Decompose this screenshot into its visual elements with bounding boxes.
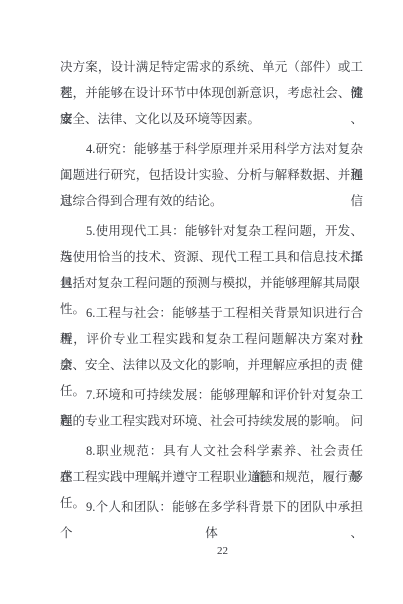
text-line: 析，评价专业工程实践和复杂工程问题解决方案对社会、健 — [60, 326, 363, 352]
text-line: 8.职业规范：具有人文社会科学素养、社会责任感，能够 — [60, 438, 363, 464]
paragraph-7-environment-sustainability: 7.环境和可持续发展：能够理解和评价针对复杂工程问 题的专业工程实践对环境、社会… — [60, 382, 363, 434]
text-line: 康、安全、法律以及文化的影响，并理解应承担的责任。 — [60, 352, 363, 378]
text-line: 7.环境和可持续发展：能够理解和评价针对复杂工程问 — [60, 382, 363, 408]
text-line: 4.研究：能够基于科学原理并采用科学方法对复杂工程 — [60, 136, 363, 162]
document-body: 决方案，设计满足特定需求的系统、单元（部件）或工艺流 程，并能够在设计环节中体现… — [60, 54, 363, 520]
paragraph-5-modern-tools: 5.使用现代工具：能够针对复杂工程问题，开发、选择 与使用恰当的技术、资源、现代… — [60, 218, 363, 296]
text-line: 决方案，设计满足特定需求的系统、单元（部件）或工艺流 — [60, 54, 363, 80]
text-line: 包括对复杂工程问题的预测与模拟，并能够理解其局限性。 — [60, 270, 363, 296]
paragraph-4-research: 4.研究：能够基于科学原理并采用科学方法对复杂工程 问题进行研究，包括设计实验、… — [60, 136, 363, 214]
text-line: 问题进行研究，包括设计实验、分析与解释数据、并通过信 — [60, 162, 363, 188]
text-line: 题的专业工程实践对环境、社会可持续发展的影响。 — [60, 408, 363, 434]
paragraph-9-individual-and-team: 9.个人和团队：能够在多学科背景下的团队中承担个体、 — [60, 494, 363, 520]
paragraph-design-solution-continuation: 决方案，设计满足特定需求的系统、单元（部件）或工艺流 程，并能够在设计环节中体现… — [60, 54, 363, 132]
text-line: 程，并能够在设计环节中体现创新意识，考虑社会、健康、 — [60, 80, 363, 106]
text-line: 与使用恰当的技术、资源、现代工程工具和信息技术工具， — [60, 244, 363, 270]
document-page: 决方案，设计满足特定需求的系统、单元（部件）或工艺流 程，并能够在设计环节中体现… — [0, 0, 403, 604]
paragraph-8-professional-norms: 8.职业规范：具有人文社会科学素养、社会责任感，能够 在工程实践中理解并遵守工程… — [60, 438, 363, 490]
text-line: 在工程实践中理解并遵守工程职业道德和规范，履行责任。 — [60, 464, 363, 490]
text-line: 9.个人和团队：能够在多学科背景下的团队中承担个体、 — [60, 494, 363, 520]
text-line: 6.工程与社会：能够基于工程相关背景知识进行合理分 — [60, 300, 363, 326]
text-line: 5.使用现代工具：能够针对复杂工程问题，开发、选择 — [60, 218, 363, 244]
paragraph-6-engineering-and-society: 6.工程与社会：能够基于工程相关背景知识进行合理分 析，评价专业工程实践和复杂工… — [60, 300, 363, 378]
page-number: 22 — [60, 543, 363, 559]
